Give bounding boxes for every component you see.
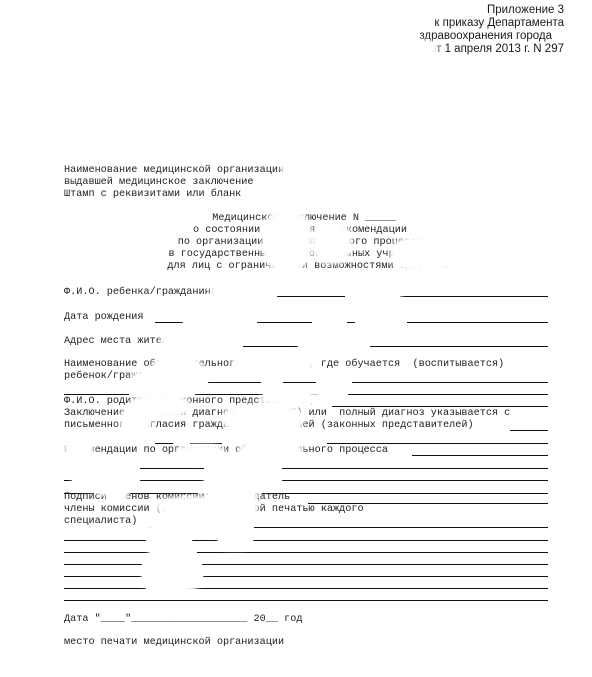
erasure-smudge [262,210,312,272]
erasure-smudge [312,222,352,264]
department-name: здравоохранения города [419,30,552,43]
erasure-smudge [140,512,252,534]
erasure-smudge [183,305,255,331]
conclusion-line-2[interactable] [155,443,173,444]
erasure-smudge [160,330,240,350]
member-signature-line-2c[interactable] [253,540,548,541]
member-signature-line-3c[interactable] [197,552,548,553]
birth-date-line-2[interactable] [257,322,312,323]
birth-date-line-3[interactable] [347,322,355,323]
member-signature-line-6b[interactable] [182,588,548,589]
recommendations-line-4[interactable] [64,480,72,481]
birth-date-label: Дата рождения [64,312,143,324]
recommendations-line-2[interactable] [140,468,204,469]
child-name-line-1[interactable] [277,296,345,297]
order-date: от 1 апреля 2013 г. N 297 [419,43,564,56]
member-signature-line-5a[interactable] [64,576,142,577]
birth-date-line-1[interactable] [155,322,183,323]
org-name-label: Наименование медицинской организации [64,165,284,177]
erasure-smudge [298,332,368,352]
member-signature-line-7[interactable] [64,600,548,601]
institution-line-5[interactable] [195,394,263,395]
appendix-header: Приложение 3 к приказу Департамента здра… [419,4,564,56]
institution-line-3[interactable] [352,382,548,383]
child-name-line-2[interactable] [400,296,548,297]
erasure-smudge [176,444,226,464]
erasure-smudge [108,490,128,502]
order-reference: к приказу Департамента [419,17,564,30]
address-line-1[interactable] [243,346,298,347]
recommendations-line-3[interactable] [282,468,548,469]
org-issuer-label: выдавшей медицинское заключение [64,177,254,189]
member-signature-line-5b[interactable] [203,576,548,577]
appendix-number: Приложение 3 [419,4,564,17]
erasure-smudge [355,290,405,330]
recommendations-line-1[interactable] [412,455,548,456]
erasure-smudge [238,440,303,464]
member-signature-line-4b[interactable] [202,564,548,565]
erasure-smudge [120,406,152,434]
date-field[interactable]: Дата "____"___________________ 20__ год [64,614,302,626]
erasure-smudge [280,160,310,174]
institution-line-4[interactable] [64,394,129,395]
conclusion-line-4[interactable] [327,443,548,444]
erasure-smudge [64,432,94,466]
child-name-label: Ф.И.О. ребенка/гражданина [64,287,217,299]
erasure-smudge [410,40,438,56]
erasure-smudge [142,558,202,594]
parent-name-line[interactable] [332,406,548,407]
signatures-label-3: специалиста) [64,516,137,528]
conclusion-line-1[interactable] [510,430,548,431]
erasure-smudge [130,368,205,394]
member-signature-line-1c[interactable] [254,527,548,528]
birth-date-line-4[interactable] [407,322,548,323]
member-signature-line-2a[interactable] [64,540,146,541]
institution-line-2[interactable] [283,382,316,383]
institution-line-7[interactable] [348,394,548,395]
org-stamp-label: Штамп с реквизитами или бланк [64,189,241,201]
recommendations-line-5[interactable] [140,480,204,481]
erasure-smudge [222,404,304,434]
stamp-place-label: место печати медицинской организации [64,637,284,649]
address-line-2[interactable] [370,346,548,347]
member-signature-line-3a[interactable] [64,552,150,553]
erasure-smudge [218,534,252,550]
erasure-smudge [390,236,460,272]
member-signature-line-2b[interactable] [192,540,218,541]
institution-line-1[interactable] [208,382,261,383]
recommendations-line-7[interactable] [282,480,548,481]
erasure-smudge [232,352,314,374]
recommendations-line-10[interactable] [262,493,548,494]
recommendations-label: Рекомендации по организации образователь… [64,445,388,457]
member-signature-line-4a[interactable] [64,564,142,565]
member-signature-line-6a[interactable] [64,588,146,589]
